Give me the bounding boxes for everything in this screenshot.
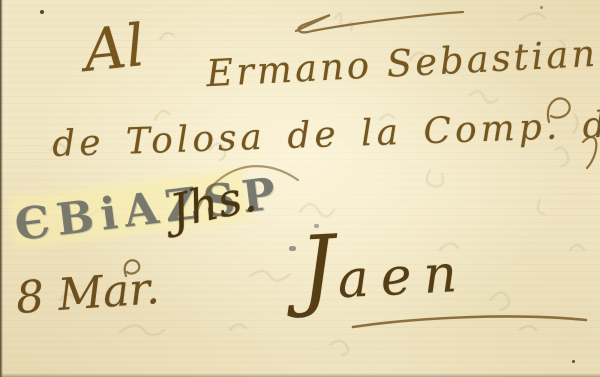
destination-name: Jaen	[298, 228, 470, 313]
scan-left-edge	[0, 0, 3, 377]
scan-bottom-edge	[0, 373, 600, 377]
paper-speck	[540, 6, 543, 9]
address-line1-initial: Al	[81, 11, 148, 85]
letter-cover-scan: ЄBiAZSP Al Ermano Sebastian de Tolosa de…	[0, 0, 600, 377]
stamp-ink-blot	[289, 246, 296, 251]
date-notation: 8 Mar.	[14, 263, 161, 324]
stamp-ink-blot	[314, 224, 319, 228]
paper-speck	[572, 360, 575, 363]
paper-speck	[40, 10, 44, 14]
